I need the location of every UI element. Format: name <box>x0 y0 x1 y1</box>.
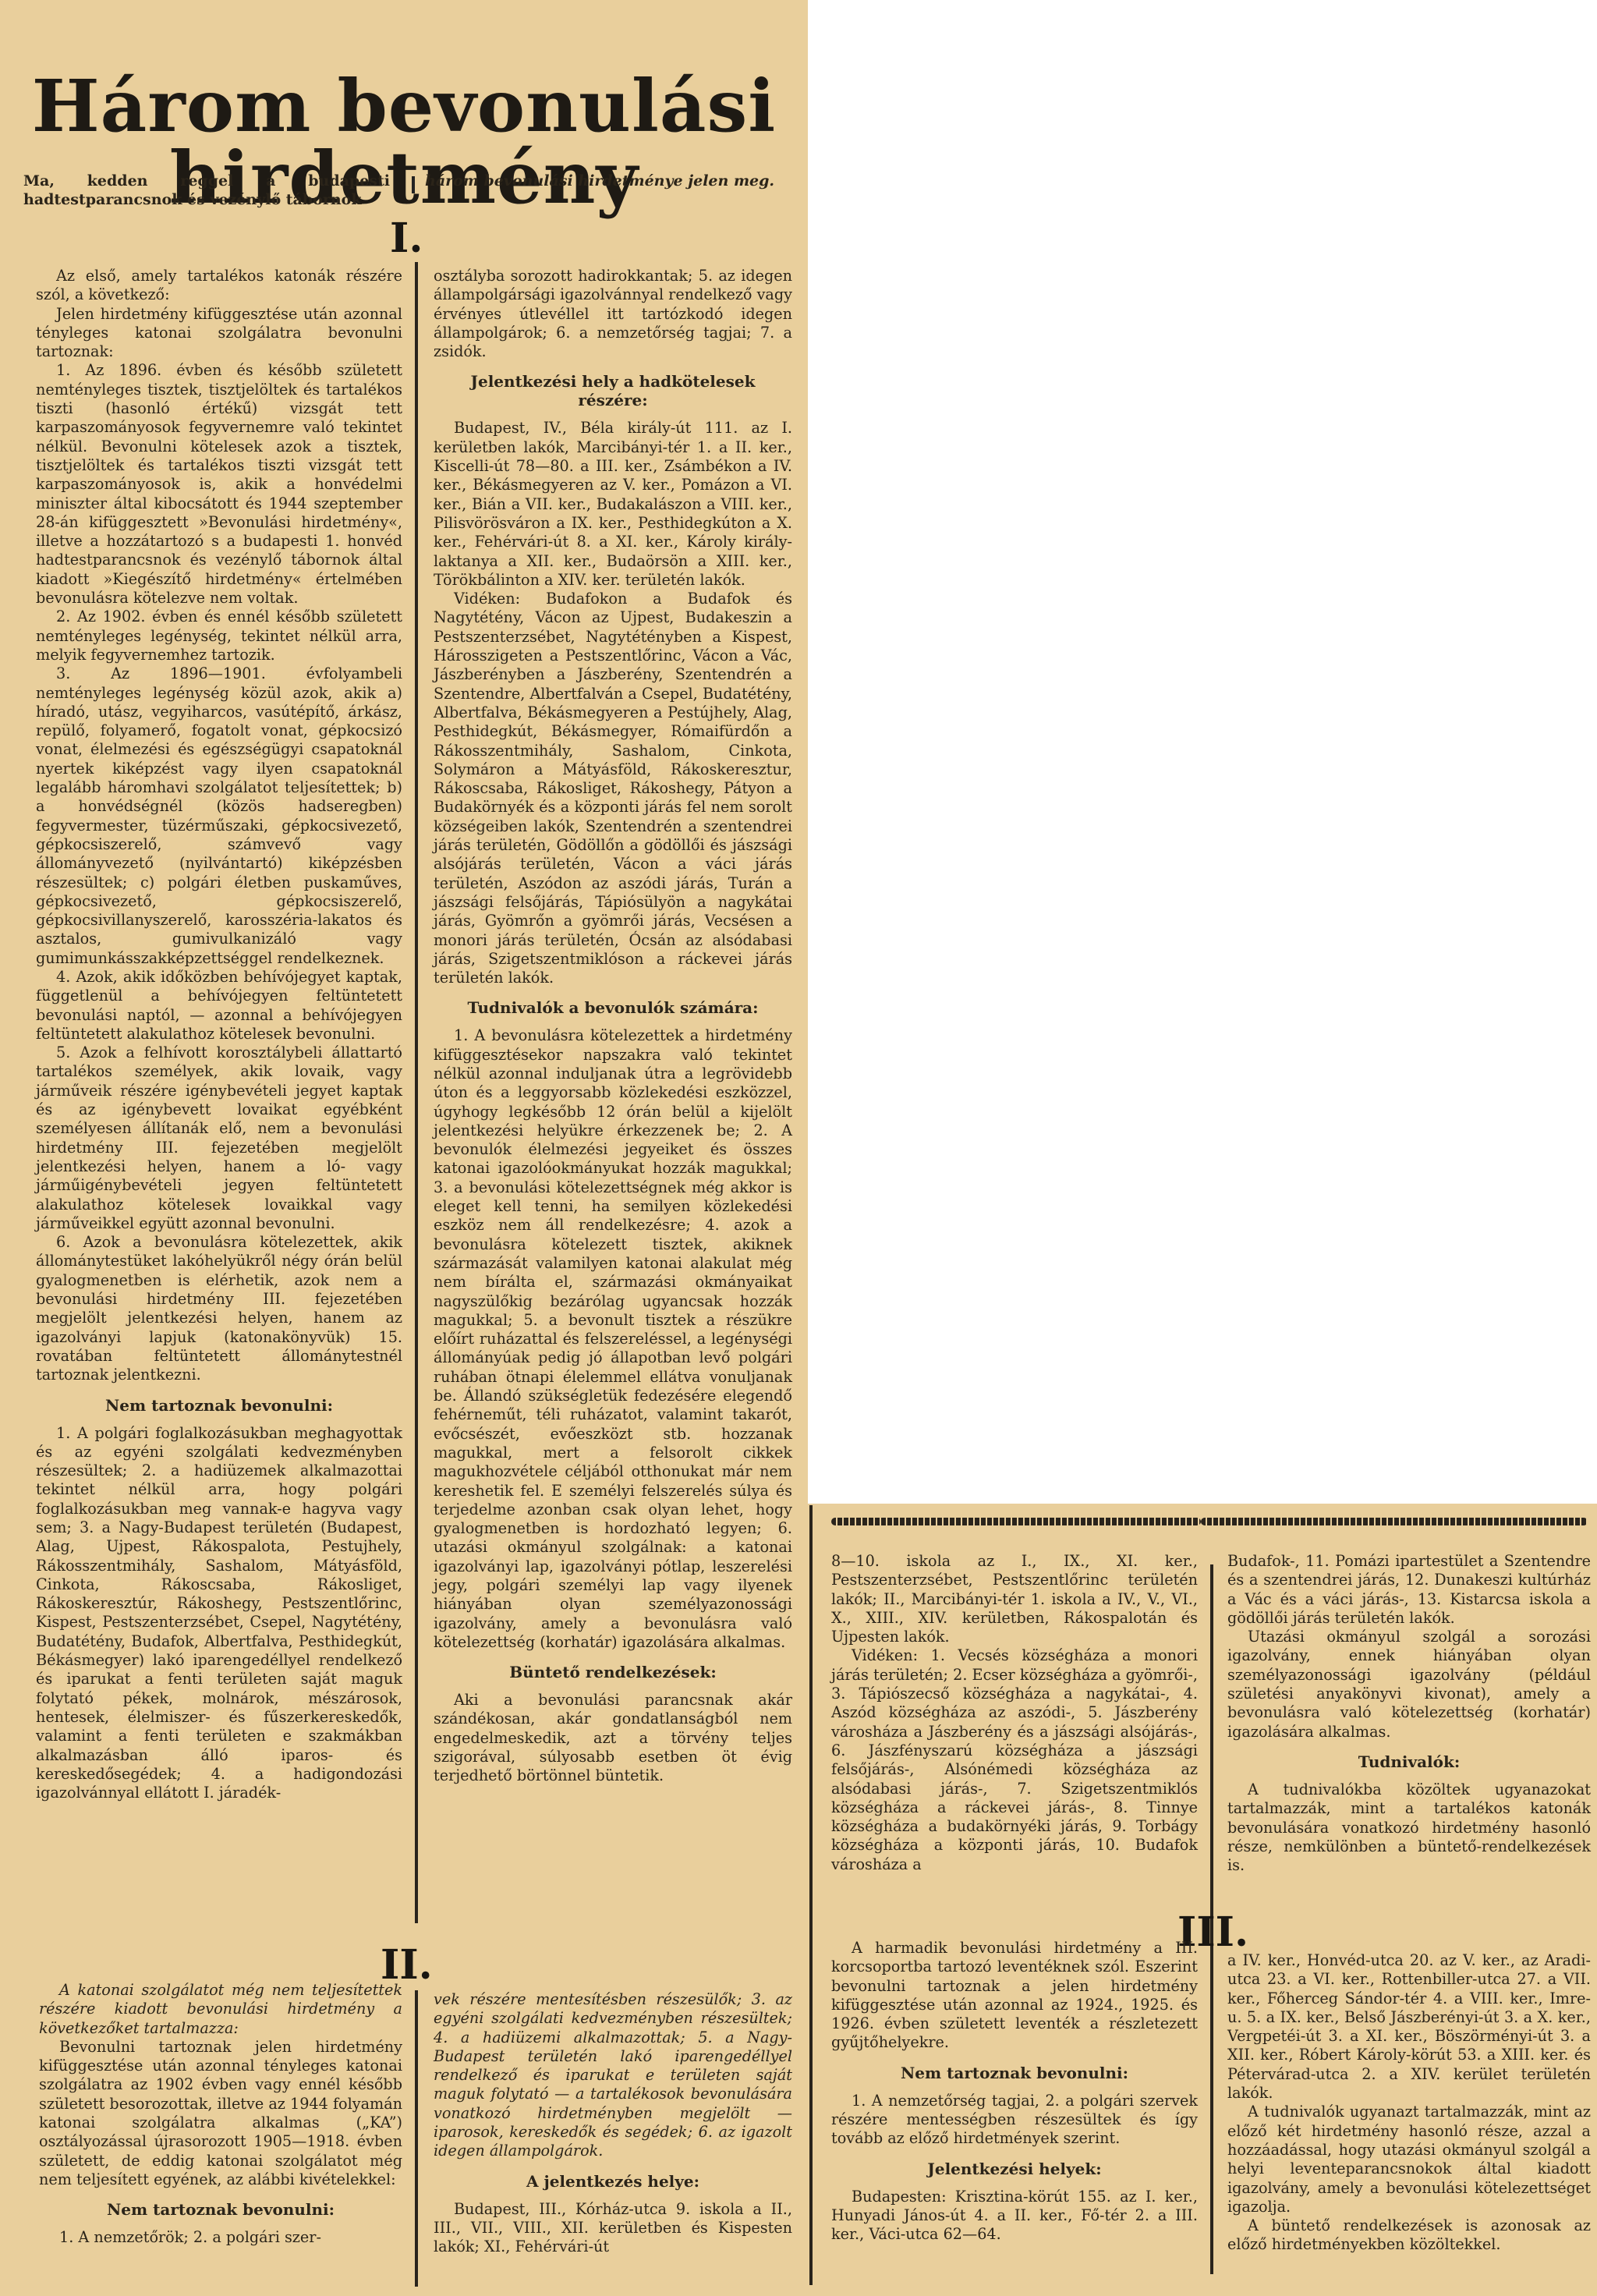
paragraph: Bevonulni tartoznak jelen hirdetmény kif… <box>39 2038 402 2189</box>
paragraph: vek részére mentesítésben részesülők; 3.… <box>434 1990 792 2161</box>
paragraph: 1. Az 1896. évben és később született ne… <box>36 361 402 608</box>
section-iii-column-3: A harmadik bevonulási hirdetmény a III. … <box>831 1939 1198 2245</box>
paragraph: osztályba sorozott hadirokkantak; 5. az … <box>434 267 792 361</box>
paragraph: Vidéken: Budafokon a Budafok és Nagytété… <box>434 590 792 987</box>
subheading: A jelentkezés helye: <box>434 2172 792 2191</box>
paragraph: 6. Azok a bevonulásra kötelezettek, akik… <box>36 1233 402 1384</box>
paragraph: 3. Az 1896—1901. évfolyambeli nemtényleg… <box>36 664 402 968</box>
subheading: Tudnivalók: <box>1227 1752 1591 1771</box>
section-ii-column-1: A katonai szolgálatot még nem teljesítet… <box>39 1981 402 2248</box>
paragraph: A harmadik bevonulási hirdetmény a III. … <box>831 1939 1198 2053</box>
section-i-column-1: Az első, amely tartalékos katonák részér… <box>36 267 402 1802</box>
section-numeral-i: I. <box>390 218 423 259</box>
section-numeral-ii: II. <box>381 1945 433 1986</box>
subheading: Nem tartoznak bevonulni: <box>36 1396 402 1415</box>
paragraph: Budapest, IV., Béla király-út 111. az I.… <box>434 419 792 590</box>
paragraph: Jelen hirdetmény kifüggesztése után azon… <box>36 305 402 362</box>
paragraph: A tudnivalók ugyanazt tartalmazzák, mint… <box>1227 2103 1591 2216</box>
paragraph: 8—10. iskola az I., IX., XI. ker., Pests… <box>831 1552 1198 1646</box>
subheading: Tudnivalók a bevonulók számára: <box>434 998 792 1017</box>
subheading: Jelentkezési hely a hadkötelesek részére… <box>434 372 792 409</box>
section-iii-column-4: a IV. ker., Honvéd-utca 20. az V. ker., … <box>1227 1951 1591 2255</box>
paragraph: 1. A nemzetőrség tagjai, 2. a polgári sz… <box>831 2092 1198 2149</box>
paragraph: A tudnivalókba közöltek ugyanazokat tart… <box>1227 1780 1591 1875</box>
paragraph: Vidéken: 1. Vecsés községháza a monori j… <box>831 1646 1198 1874</box>
paragraph: Aki a bevonulási parancsnak akár szándék… <box>434 1691 792 1785</box>
section-ii-column-3: 8—10. iskola az I., IX., XI. ker., Pests… <box>831 1552 1198 1874</box>
subheading: Nem tartoznak bevonulni: <box>831 2064 1198 2082</box>
paragraph: a IV. ker., Honvéd-utca 20. az V. ker., … <box>1227 1951 1591 2103</box>
paragraph: Az első, amely tartalékos katonák részér… <box>36 267 402 305</box>
wavy-separator <box>831 1518 1201 1525</box>
paragraph: A katonai szolgálatot még nem teljesítet… <box>39 1981 402 2038</box>
column-rule <box>415 262 418 1923</box>
paragraph: Utazási okmányul szolgál a sorozási igaz… <box>1227 1628 1591 1741</box>
column-rule <box>415 1990 418 2287</box>
paragraph: Budapest, III., Kórház-utca 9. iskola a … <box>434 2200 792 2257</box>
lead-paragraph-right: három bevonulási hirdetménye jelen meg. <box>425 172 791 190</box>
paragraph: A büntető rendelkezések is azonosak az e… <box>1227 2216 1591 2255</box>
subheading: Büntető rendelkezések: <box>434 1663 792 1681</box>
paragraph: 4. Azok, akik időközben behívójegyet kap… <box>36 968 402 1043</box>
wavy-separator <box>1201 1518 1588 1525</box>
paragraph: 5. Azok a felhívott korosztálybeli állat… <box>36 1043 402 1233</box>
paragraph: Budafok-, 11. Pomázi ipartestület a Szen… <box>1227 1552 1591 1628</box>
paragraph: 1. A nemzetőrök; 2. a polgári szer- <box>39 2228 402 2247</box>
section-i-column-2: osztályba sorozott hadirokkantak; 5. az … <box>434 267 792 1786</box>
lead-paragraph-left: Ma, kedden reggel a budapesti hadtestpar… <box>23 172 390 209</box>
column-rule <box>412 176 415 193</box>
paragraph: 1. A bevonulásra kötelezettek a hirdetmé… <box>434 1026 792 1652</box>
section-ii-column-4: Budafok-, 11. Pomázi ipartestület a Szen… <box>1227 1552 1591 1875</box>
paragraph: Budapesten: Krisztina-körút 155. az I. k… <box>831 2188 1198 2245</box>
subheading: Jelentkezési helyek: <box>831 2160 1198 2178</box>
paragraph: 1. A polgári foglalkozásukban meghagyott… <box>36 1424 402 1803</box>
subheading: Nem tartoznak bevonulni: <box>39 2200 402 2219</box>
section-ii-column-2: vek részére mentesítésben részesülők; 3.… <box>434 1990 792 2257</box>
paragraph: 2. Az 1902. évben és ennél később szület… <box>36 608 402 664</box>
column-rule <box>809 1505 813 2285</box>
